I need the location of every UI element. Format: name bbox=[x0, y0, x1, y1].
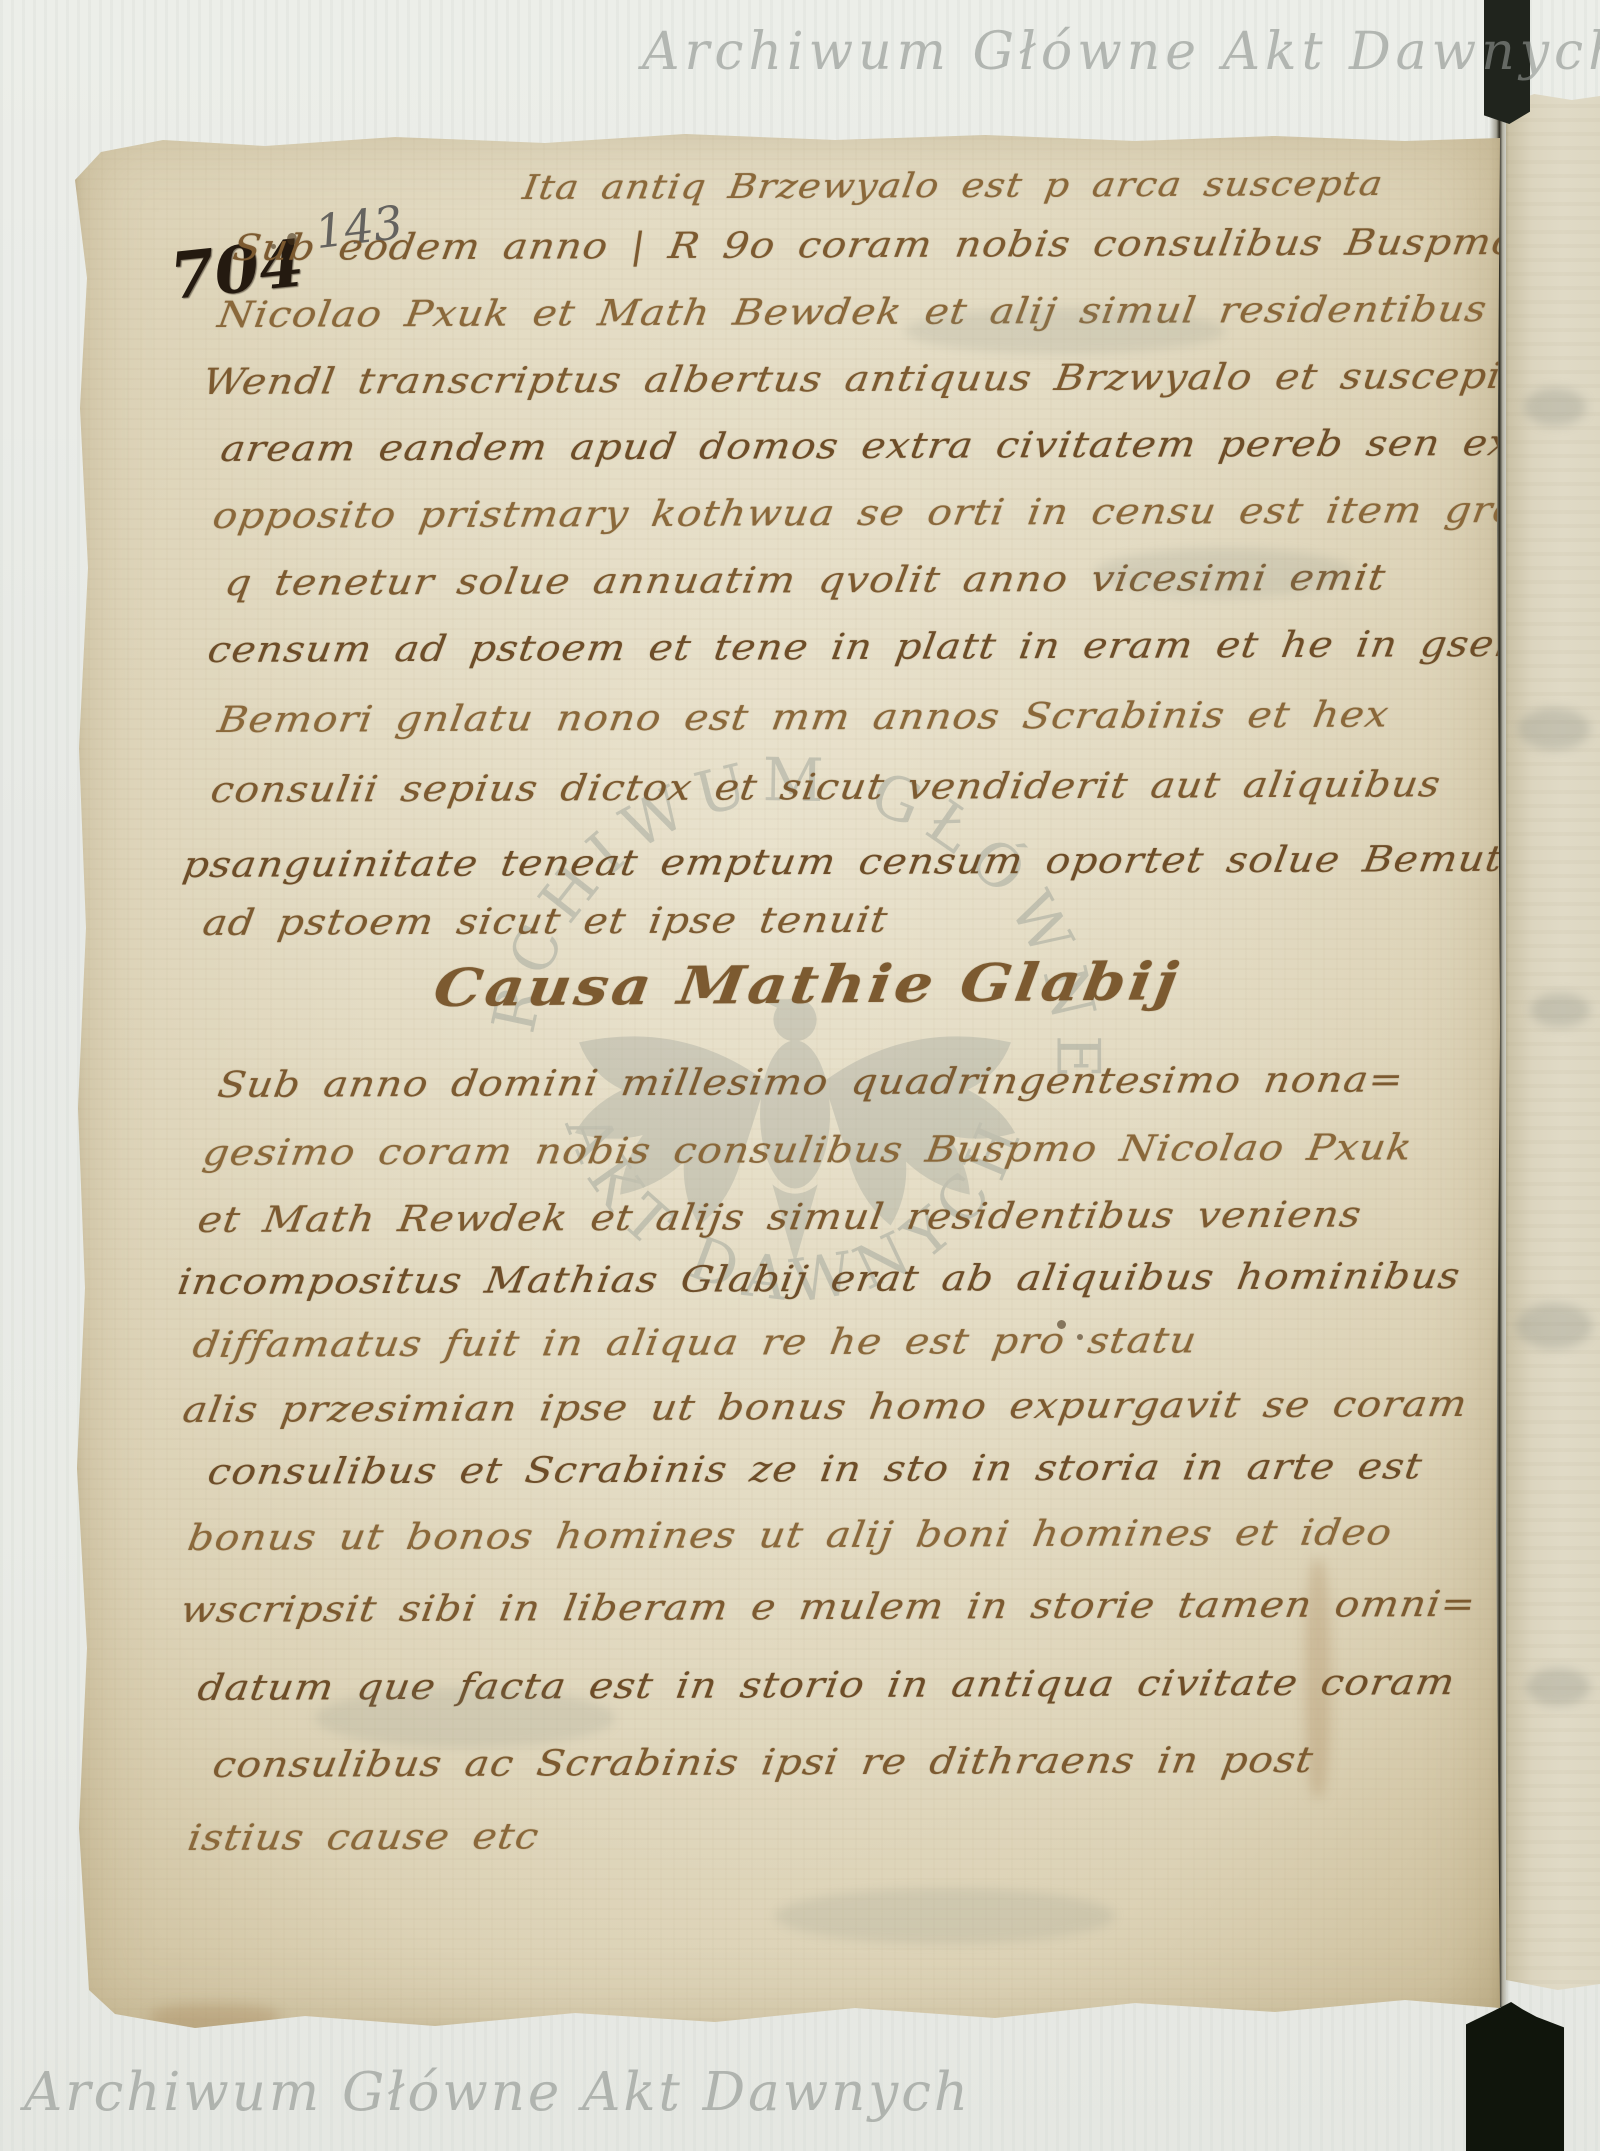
manuscript-page: ARCHIWUM GŁÓWNE AKT DAWNYCH 704 143 Ita … bbox=[75, 128, 1500, 2030]
paper-stain bbox=[1305, 1558, 1331, 1798]
section-heading: Causa Mathie Glabij bbox=[430, 951, 1185, 1019]
bleed-through-mark bbox=[1526, 1668, 1590, 1706]
ink-bleed-smudge bbox=[905, 308, 1225, 354]
manuscript-line: et Math Rewdek et alijs simul residentib… bbox=[195, 1195, 1365, 1241]
ink-bleed-smudge bbox=[315, 1688, 615, 1748]
manuscript-line: Sub anno domini millesimo quadringentesi… bbox=[215, 1059, 1407, 1106]
manuscript-line: Wendl transcriptus albertus antiquus Brz… bbox=[200, 356, 1522, 403]
digital-watermark-bottom: Archiwum Główne Akt Dawnych bbox=[24, 2062, 971, 2123]
manuscript-line: consulibus et Scrabinis ze in sto in sto… bbox=[205, 1446, 1425, 1493]
bleed-through-mark bbox=[1530, 993, 1590, 1027]
svg-text:ARCHIWUM GŁÓWNE: ARCHIWUM GŁÓWNE bbox=[435, 703, 1111, 1091]
stamp-arc-top-text: ARCHIWUM GŁÓWNE bbox=[435, 703, 1111, 1091]
manuscript-line: psanguinitate teneat emptum censum oport… bbox=[180, 839, 1506, 886]
manuscript-line: Bemori gnlatu nono est mm annos Scrabini… bbox=[215, 695, 1392, 741]
binding-tape-bottom bbox=[1466, 2002, 1564, 2151]
manuscript-line: bonus ut bonos homines ut alij boni homi… bbox=[185, 1512, 1395, 1559]
ink-bleed-smudge bbox=[1095, 548, 1355, 598]
manuscript-line: incompositus Mathias Glabij erat ab aliq… bbox=[175, 1256, 1463, 1303]
ink-blot bbox=[1077, 1334, 1083, 1340]
bleed-through-mark bbox=[1518, 708, 1590, 750]
manuscript-line: censum ad pstoem et tene in platt in era… bbox=[205, 624, 1574, 671]
manuscript-line: diffamatus fuit in aliqua re he est pro … bbox=[190, 1320, 1200, 1366]
ink-blot bbox=[1057, 1320, 1066, 1329]
manuscript-line: consulii sepius dictox et sicut vendider… bbox=[208, 764, 1444, 811]
manuscript-line: opposito pristmary kothwua se orti in ce… bbox=[210, 490, 1545, 537]
facing-page-edge bbox=[1506, 88, 1600, 1998]
bleed-through-mark bbox=[1516, 1303, 1592, 1349]
bleed-through-mark bbox=[1524, 388, 1586, 426]
digital-watermark-top: Archiwum Główne Akt Dawnych bbox=[642, 22, 1600, 82]
manuscript-line: Nicolao Pxuk et Math Bewdek et alij simu… bbox=[215, 289, 1490, 336]
manuscript-line: gesimo coram nobis consulibus Buspmo Nic… bbox=[200, 1127, 1415, 1174]
manuscript-line: Sub eodem anno | R 9o coram nobis consul… bbox=[230, 222, 1520, 269]
manuscript-line: Ita antiq Brzewyalo est p arca suscepta bbox=[520, 164, 1386, 208]
manuscript-line: wscripsit sibi in liberam e mulem in sto… bbox=[178, 1584, 1479, 1631]
ink-bleed-smudge bbox=[775, 1888, 1115, 1944]
manuscript-line: istius cause etc bbox=[185, 1816, 542, 1859]
manuscript-line: alis przesimian ipse ut bonus homo expur… bbox=[180, 1384, 1471, 1431]
manuscript-line: ad pstoem sicut et ipse tenuit bbox=[200, 900, 891, 944]
manuscript-line: aream eandem apud domos extra civitatem … bbox=[218, 423, 1515, 470]
manuscript-line: consulibus ac Scrabinis ipsi re dithraen… bbox=[210, 1740, 1316, 1786]
